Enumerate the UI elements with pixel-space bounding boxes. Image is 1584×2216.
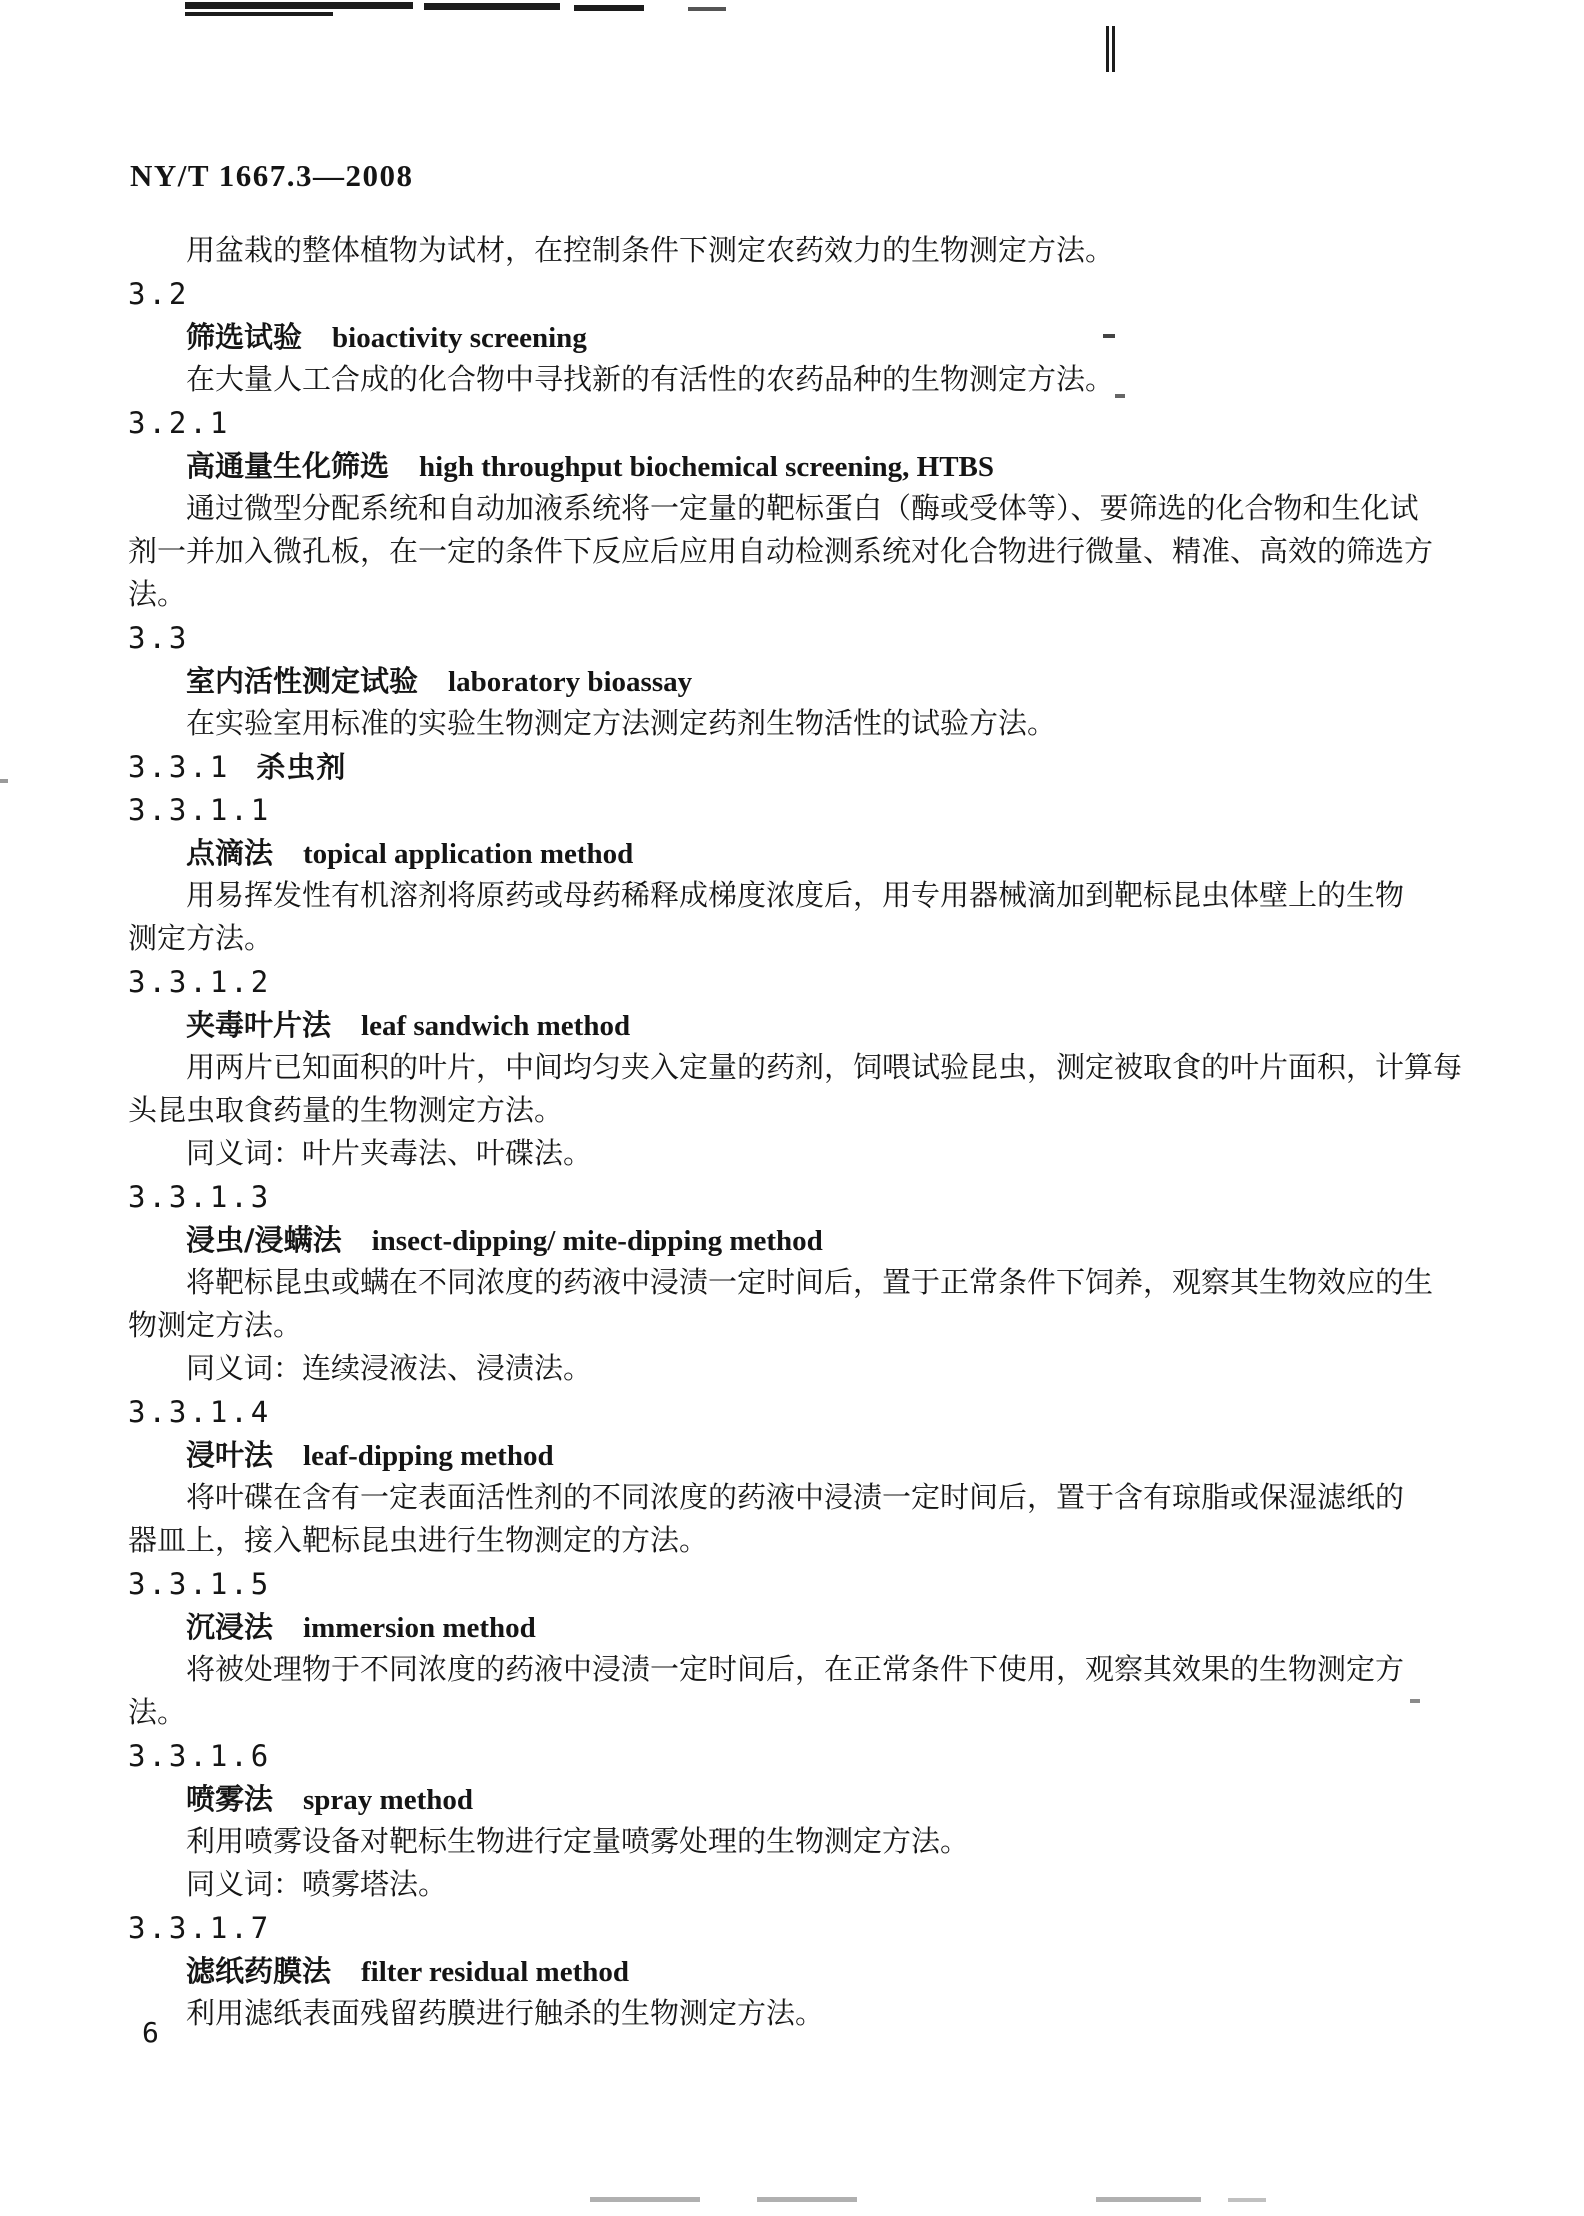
term-heading: 筛选试验bioactivity screening xyxy=(128,316,1468,359)
section-number: 3.3.1.3 xyxy=(128,1176,1468,1219)
scan-artifact xyxy=(757,2197,857,2202)
section-number: 3.3.1.7 xyxy=(128,1907,1468,1950)
term-cn: 高通量生化筛选 xyxy=(186,449,389,483)
section-number: 3.3.1.4 xyxy=(128,1391,1468,1434)
section-number: 3.3.1.5 xyxy=(128,1563,1468,1606)
term-heading: 点滴法topical application method xyxy=(128,832,1468,875)
scan-artifact xyxy=(1112,26,1115,72)
scan-artifact xyxy=(185,12,333,16)
term-cn: 夹毒叶片法 xyxy=(186,1008,331,1042)
section-number: 3.2 xyxy=(128,273,1468,316)
standard-number-header: NY/T 1667.3—2008 xyxy=(130,158,414,194)
term-en: bioactivity screening xyxy=(332,322,587,354)
body-text-line: 头昆虫取食药量的生物测定方法。 xyxy=(128,1090,1468,1133)
term-heading: 滤纸药膜法filter residual method xyxy=(128,1950,1468,1993)
section-number: 3.3.1.6 xyxy=(128,1735,1468,1778)
body-text-line: 测定方法。 xyxy=(128,918,1468,961)
term-heading: 夹毒叶片法leaf sandwich method xyxy=(128,1004,1468,1047)
term-en: leaf sandwich method xyxy=(361,1010,630,1042)
body-text-line: 在实验室用标准的实验生物测定方法测定药剂生物活性的试验方法。 xyxy=(128,703,1468,746)
scan-artifact xyxy=(688,7,726,11)
term-heading: 沉浸法immersion method xyxy=(128,1606,1468,1649)
section-number: 3.3.1.2 xyxy=(128,961,1468,1004)
term-en: leaf-dipping method xyxy=(303,1440,554,1472)
document-page: NY/T 1667.3—2008 用盆栽的整体植物为试材，在控制条件下测定农药效… xyxy=(0,0,1584,2216)
scan-artifact xyxy=(185,2,413,9)
section-number: 3.3.1 xyxy=(128,750,230,784)
term-cn: 筛选试验 xyxy=(186,320,302,354)
scan-artifact xyxy=(0,779,8,783)
scan-artifact xyxy=(1106,26,1109,72)
body-text-line: 法。 xyxy=(128,1692,1468,1735)
scan-artifact xyxy=(1228,2198,1266,2202)
term-en: laboratory bioassay xyxy=(448,666,692,698)
body-text-line: 用易挥发性有机溶剂将原药或母药稀释成梯度浓度后，用专用器械滴加到靶标昆虫体壁上的… xyxy=(128,875,1468,918)
section-number: 3.2.1 xyxy=(128,402,1468,445)
body-text-line: 法。 xyxy=(128,574,1468,617)
body-text-line: 用盆栽的整体植物为试材，在控制条件下测定农药效力的生物测定方法。 xyxy=(128,230,1468,273)
term-heading: 喷雾法spray method xyxy=(128,1778,1468,1821)
term-cn: 浸叶法 xyxy=(186,1438,273,1472)
term-cn: 室内活性测定试验 xyxy=(186,664,418,698)
term-en: immersion method xyxy=(303,1612,536,1644)
scan-artifact xyxy=(574,5,644,11)
body-text-line: 物测定方法。 xyxy=(128,1305,1468,1348)
term-cn: 喷雾法 xyxy=(186,1782,273,1816)
term-cn: 滤纸药膜法 xyxy=(186,1954,331,1988)
body-text-line: 在大量人工合成的化合物中寻找新的有活性的农药品种的生物测定方法。 xyxy=(128,359,1468,402)
body-text-line: 利用喷雾设备对靶标生物进行定量喷雾处理的生物测定方法。 xyxy=(128,1821,1468,1864)
term-en: insect-dipping/ mite-dipping method xyxy=(372,1225,823,1257)
section-number: 3.3.1.1 xyxy=(128,789,1468,832)
body-text-line: 通过微型分配系统和自动加液系统将一定量的靶标蛋白（酶或受体等）、要筛选的化合物和… xyxy=(128,488,1468,531)
term-heading: 高通量生化筛选high throughput biochemical scree… xyxy=(128,445,1468,488)
term-heading: 室内活性测定试验laboratory bioassay xyxy=(128,660,1468,703)
term-en: filter residual method xyxy=(361,1956,629,1988)
body-text-line: 将叶碟在含有一定表面活性剂的不同浓度的药液中浸渍一定时间后，置于含有琼脂或保湿滤… xyxy=(128,1477,1468,1520)
body-text-line: 利用滤纸表面残留药膜进行触杀的生物测定方法。 xyxy=(128,1993,1468,2036)
term-heading: 浸叶法leaf-dipping method xyxy=(128,1434,1468,1477)
body-text-line: 器皿上，接入靶标昆虫进行生物测定的方法。 xyxy=(128,1520,1468,1563)
scan-artifact xyxy=(1096,2197,1201,2202)
body-text-line: 用两片已知面积的叶片，中间均匀夹入定量的药剂，饲喂试验昆虫，测定被取食的叶片面积… xyxy=(128,1047,1468,1090)
body-text-line: 将靶标昆虫或螨在不同浓度的药液中浸渍一定时间后，置于正常条件下饲养，观察其生物效… xyxy=(128,1262,1468,1305)
section-number: 3.3 xyxy=(128,617,1468,660)
scan-artifact xyxy=(424,3,560,10)
body-text-line: 同义词：连续浸液法、浸渍法。 xyxy=(128,1348,1468,1391)
body-text-line: 同义词：叶片夹毒法、叶碟法。 xyxy=(128,1133,1468,1176)
body-text-line: 剂一并加入微孔板，在一定的条件下反应后应用自动检测系统对化合物进行微量、精准、高… xyxy=(128,531,1468,574)
term-cn: 杀虫剂 xyxy=(256,750,346,784)
term-heading: 浸虫/浸螨法insect-dipping/ mite-dipping metho… xyxy=(128,1219,1468,1262)
term-cn: 点滴法 xyxy=(186,836,273,870)
body-text-line: 同义词：喷雾塔法。 xyxy=(128,1864,1468,1907)
page-number: 6 xyxy=(142,2016,159,2049)
term-en: high throughput biochemical screening, H… xyxy=(419,451,994,483)
document-body: 用盆栽的整体植物为试材，在控制条件下测定农药效力的生物测定方法。3.2筛选试验b… xyxy=(128,230,1468,2036)
body-text-line: 将被处理物于不同浓度的药液中浸渍一定时间后，在正常条件下使用，观察其效果的生物测… xyxy=(128,1649,1468,1692)
term-cn: 浸虫/浸螨法 xyxy=(186,1223,342,1257)
term-cn: 沉浸法 xyxy=(186,1610,273,1644)
term-en: topical application method xyxy=(303,838,633,870)
scan-artifact xyxy=(590,2197,700,2202)
term-en: spray method xyxy=(303,1784,473,1816)
section-heading: 3.3.1杀虫剂 xyxy=(128,746,1468,789)
